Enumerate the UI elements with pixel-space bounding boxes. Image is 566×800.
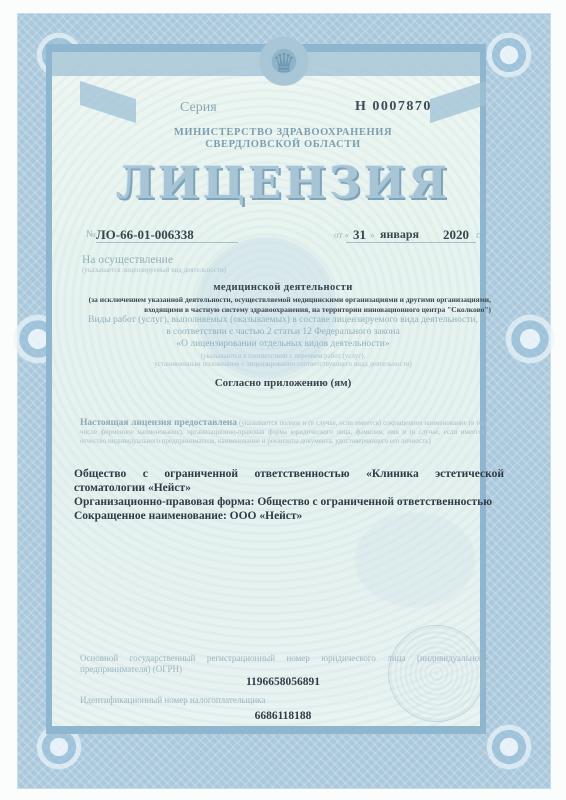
licensee-short-name: Сокращенное наименование: ООО «Нейст» bbox=[74, 509, 504, 523]
inn-label: Идентификационный номер налогоплательщик… bbox=[80, 695, 265, 705]
licensee-full-name: Общество с ограниченной ответственностью… bbox=[74, 467, 504, 495]
licensee-block: Общество с ограниченной ответственностью… bbox=[74, 467, 504, 523]
works-hint-1: (указываются в соответствии с перечнем р… bbox=[0, 352, 566, 360]
licensed-activity: медицинской деятельности bbox=[0, 282, 566, 293]
works-hint-2: установленным положением о лицензировани… bbox=[0, 360, 566, 368]
works-line-1: Виды работ (услуг), выполняемых (оказыва… bbox=[0, 315, 566, 326]
date-day: 31 bbox=[353, 227, 366, 243]
series-label: Серия bbox=[180, 100, 217, 116]
ogrn-label: Основной государственный регистрационный… bbox=[80, 653, 487, 675]
granted-lead: Настоящая лицензия предоставлена bbox=[80, 418, 237, 428]
guilloche-field bbox=[52, 52, 480, 726]
document-title: ЛИЦЕНЗИЯ bbox=[0, 158, 566, 209]
purpose-hint: (указывается лицензируемый вид деятельно… bbox=[82, 266, 226, 274]
issuer-line-2: СВЕРДЛОВСКОЙ ОБЛАСТИ bbox=[0, 139, 566, 150]
works-line-2: в соответствии с частью 2 статьи 12 Феде… bbox=[0, 327, 566, 338]
granted-to-block: Настоящая лицензия предоставлена (указыв… bbox=[80, 419, 487, 446]
purpose-label: На осуществление bbox=[82, 254, 173, 266]
date-year: 2020 bbox=[443, 227, 469, 243]
license-number: ЛО-66-01-006338 bbox=[96, 227, 194, 243]
series-number: Н 0007870 bbox=[355, 99, 432, 115]
number-sign: № bbox=[86, 229, 96, 240]
activity-exclusion: (за исключением указанной деятельности, … bbox=[86, 295, 491, 314]
issuer-line-1: МИНИСТЕРСТВО ЗДРАВООХРАНЕНИЯ bbox=[0, 127, 566, 138]
date-day-close: » bbox=[370, 230, 375, 240]
ogrn-value: 1196658056891 bbox=[0, 676, 566, 688]
date-year-suffix: г. bbox=[476, 230, 481, 240]
appendix-reference: Согласно приложению (ям) bbox=[0, 377, 566, 389]
works-line-3: «О лицензировании отдельных видов деятел… bbox=[0, 339, 566, 350]
licensee-legal-form: Организационно-правовая форма: Общество … bbox=[74, 495, 504, 509]
date-from-label: от « bbox=[334, 230, 349, 240]
inn-value: 6686118188 bbox=[0, 710, 566, 722]
double-headed-eagle-icon: ♛ bbox=[258, 36, 310, 92]
number-underline bbox=[96, 242, 238, 243]
date-underline bbox=[346, 242, 476, 243]
date-month: января bbox=[380, 227, 419, 242]
